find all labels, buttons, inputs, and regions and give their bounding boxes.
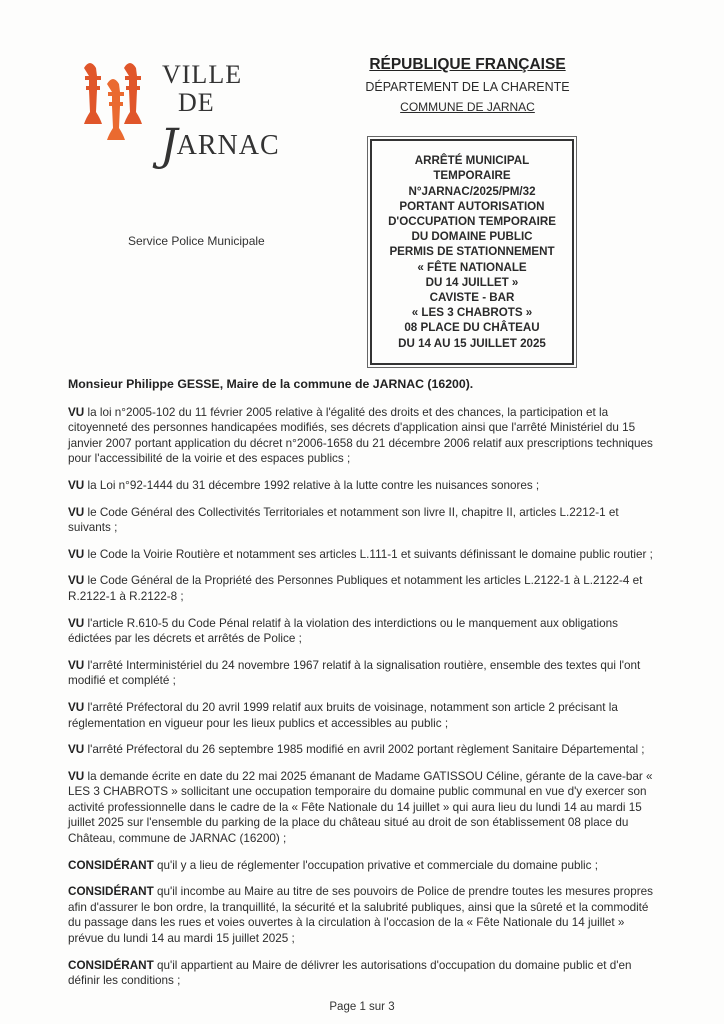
clause-lead: VU <box>68 506 84 519</box>
arrete-title-line: ARRÊTÉ MUNICIPAL <box>415 153 529 168</box>
service-label: Service Police Municipale <box>128 234 265 248</box>
arrete-title-line: PORTANT AUTORISATION <box>399 199 544 214</box>
republic-title: RÉPUBLIQUE FRANÇAISE <box>340 56 595 74</box>
clause-lead: VU <box>68 479 84 492</box>
page-number: Page 1 sur 3 <box>0 1001 724 1013</box>
considerant-clause: CONSIDÉRANT qu'il y a lieu de réglemente… <box>68 858 656 874</box>
vu-clause: VU la loi n°2005-102 du 11 février 2005 … <box>68 405 656 467</box>
vu-clause: VU le Code la Voirie Routière et notamme… <box>68 547 656 563</box>
clause-text: qu'il incombe au Maire au titre de ses p… <box>68 885 653 945</box>
arrete-title-line: 08 PLACE DU CHÂTEAU <box>404 320 539 335</box>
clause-text: l'arrêté Préfectoral du 26 septembre 198… <box>84 743 644 756</box>
clause-lead: CONSIDÉRANT <box>68 885 154 898</box>
clause-text: l'arrêté Préfectoral du 20 avril 1999 re… <box>68 701 618 730</box>
arrete-title-line: DU 14 JUILLET » <box>426 275 519 290</box>
header-block: RÉPUBLIQUE FRANÇAISE DÉPARTEMENT DE LA C… <box>340 56 595 114</box>
arrete-title-line: DU DOMAINE PUBLIC <box>411 229 532 244</box>
clause-text: l'arrêté Interministériel du 24 novembre… <box>68 659 640 688</box>
clause-text: la loi n°2005-102 du 11 février 2005 rel… <box>68 406 653 466</box>
logo-j-initial: J <box>160 120 179 171</box>
vu-clause: VU la demande écrite en date du 22 mai 2… <box>68 769 656 847</box>
vu-clause: VU l'arrêté Interministériel du 24 novem… <box>68 658 656 689</box>
clause-lead: VU <box>68 701 84 714</box>
arrete-title-line: N°JARNAC/2025/PM/32 <box>408 184 535 199</box>
arrete-title-line: PERMIS DE STATIONNEMENT <box>389 244 554 259</box>
department-label: DÉPARTEMENT DE LA CHARENTE <box>340 80 595 94</box>
document-body: Monsieur Philippe GESSE, Maire de la com… <box>68 377 656 1000</box>
clause-lead: VU <box>68 617 84 630</box>
arrete-title-line: DU 14 AU 15 JUILLET 2025 <box>398 336 546 351</box>
mayor-line: Monsieur Philippe GESSE, Maire de la com… <box>68 377 656 393</box>
clause-text: l'article R.610-5 du Code Pénal relatif … <box>68 617 618 646</box>
arrete-title-line: CAVISTE - BAR <box>430 290 515 305</box>
clause-lead: VU <box>68 574 84 587</box>
fish-emblem-icon <box>72 58 147 158</box>
logo-jarnac-rest: ARNAC <box>177 130 280 161</box>
vu-clause: VU l'arrêté Préfectoral du 26 septembre … <box>68 742 656 758</box>
clause-lead: VU <box>68 406 84 419</box>
clause-text: le Code Général des Collectivités Territ… <box>68 506 619 535</box>
considerant-clause: CONSIDÉRANT qu'il appartient au Maire de… <box>68 958 656 989</box>
vu-clause: VU le Code Général de la Propriété des P… <box>68 573 656 604</box>
clause-lead: CONSIDÉRANT <box>68 859 154 872</box>
arrete-title-line: « FÊTE NATIONALE <box>417 260 526 275</box>
commune-label: COMMUNE DE JARNAC <box>340 100 595 114</box>
clause-lead: VU <box>68 548 84 561</box>
vu-clause: VU l'article R.610-5 du Code Pénal relat… <box>68 616 656 647</box>
arrete-title-line: TEMPORAIRE <box>433 168 510 183</box>
vu-clause: VU l'arrêté Préfectoral du 20 avril 1999… <box>68 700 656 731</box>
arrete-title-line: « LES 3 CHABROTS » <box>412 305 532 320</box>
logo-jarnac: JARNAC <box>160 114 280 165</box>
logo-ville: VILLE <box>162 60 242 90</box>
considerant-clause: CONSIDÉRANT qu'il incombe au Maire au ti… <box>68 884 656 946</box>
arrete-title-line: D'OCCUPATION TEMPORAIRE <box>388 214 556 229</box>
clause-lead: VU <box>68 770 84 783</box>
arrete-title-box: ARRÊTÉ MUNICIPALTEMPORAIREN°JARNAC/2025/… <box>370 139 574 365</box>
clause-text: qu'il y a lieu de réglementer l'occupati… <box>154 859 598 872</box>
vu-clause: VU le Code Général des Collectivités Ter… <box>68 505 656 536</box>
clause-lead: VU <box>68 743 84 756</box>
clause-lead: VU <box>68 659 84 672</box>
clause-lead: CONSIDÉRANT <box>68 959 154 972</box>
clause-text: la Loi n°92-1444 du 31 décembre 1992 rel… <box>84 479 539 492</box>
clause-text: le Code la Voirie Routière et notamment … <box>84 548 653 561</box>
vu-clause: VU la Loi n°92-1444 du 31 décembre 1992 … <box>68 478 656 494</box>
clause-text: la demande écrite en date du 22 mai 2025… <box>68 770 653 845</box>
clause-text: le Code Général de la Propriété des Pers… <box>68 574 642 603</box>
